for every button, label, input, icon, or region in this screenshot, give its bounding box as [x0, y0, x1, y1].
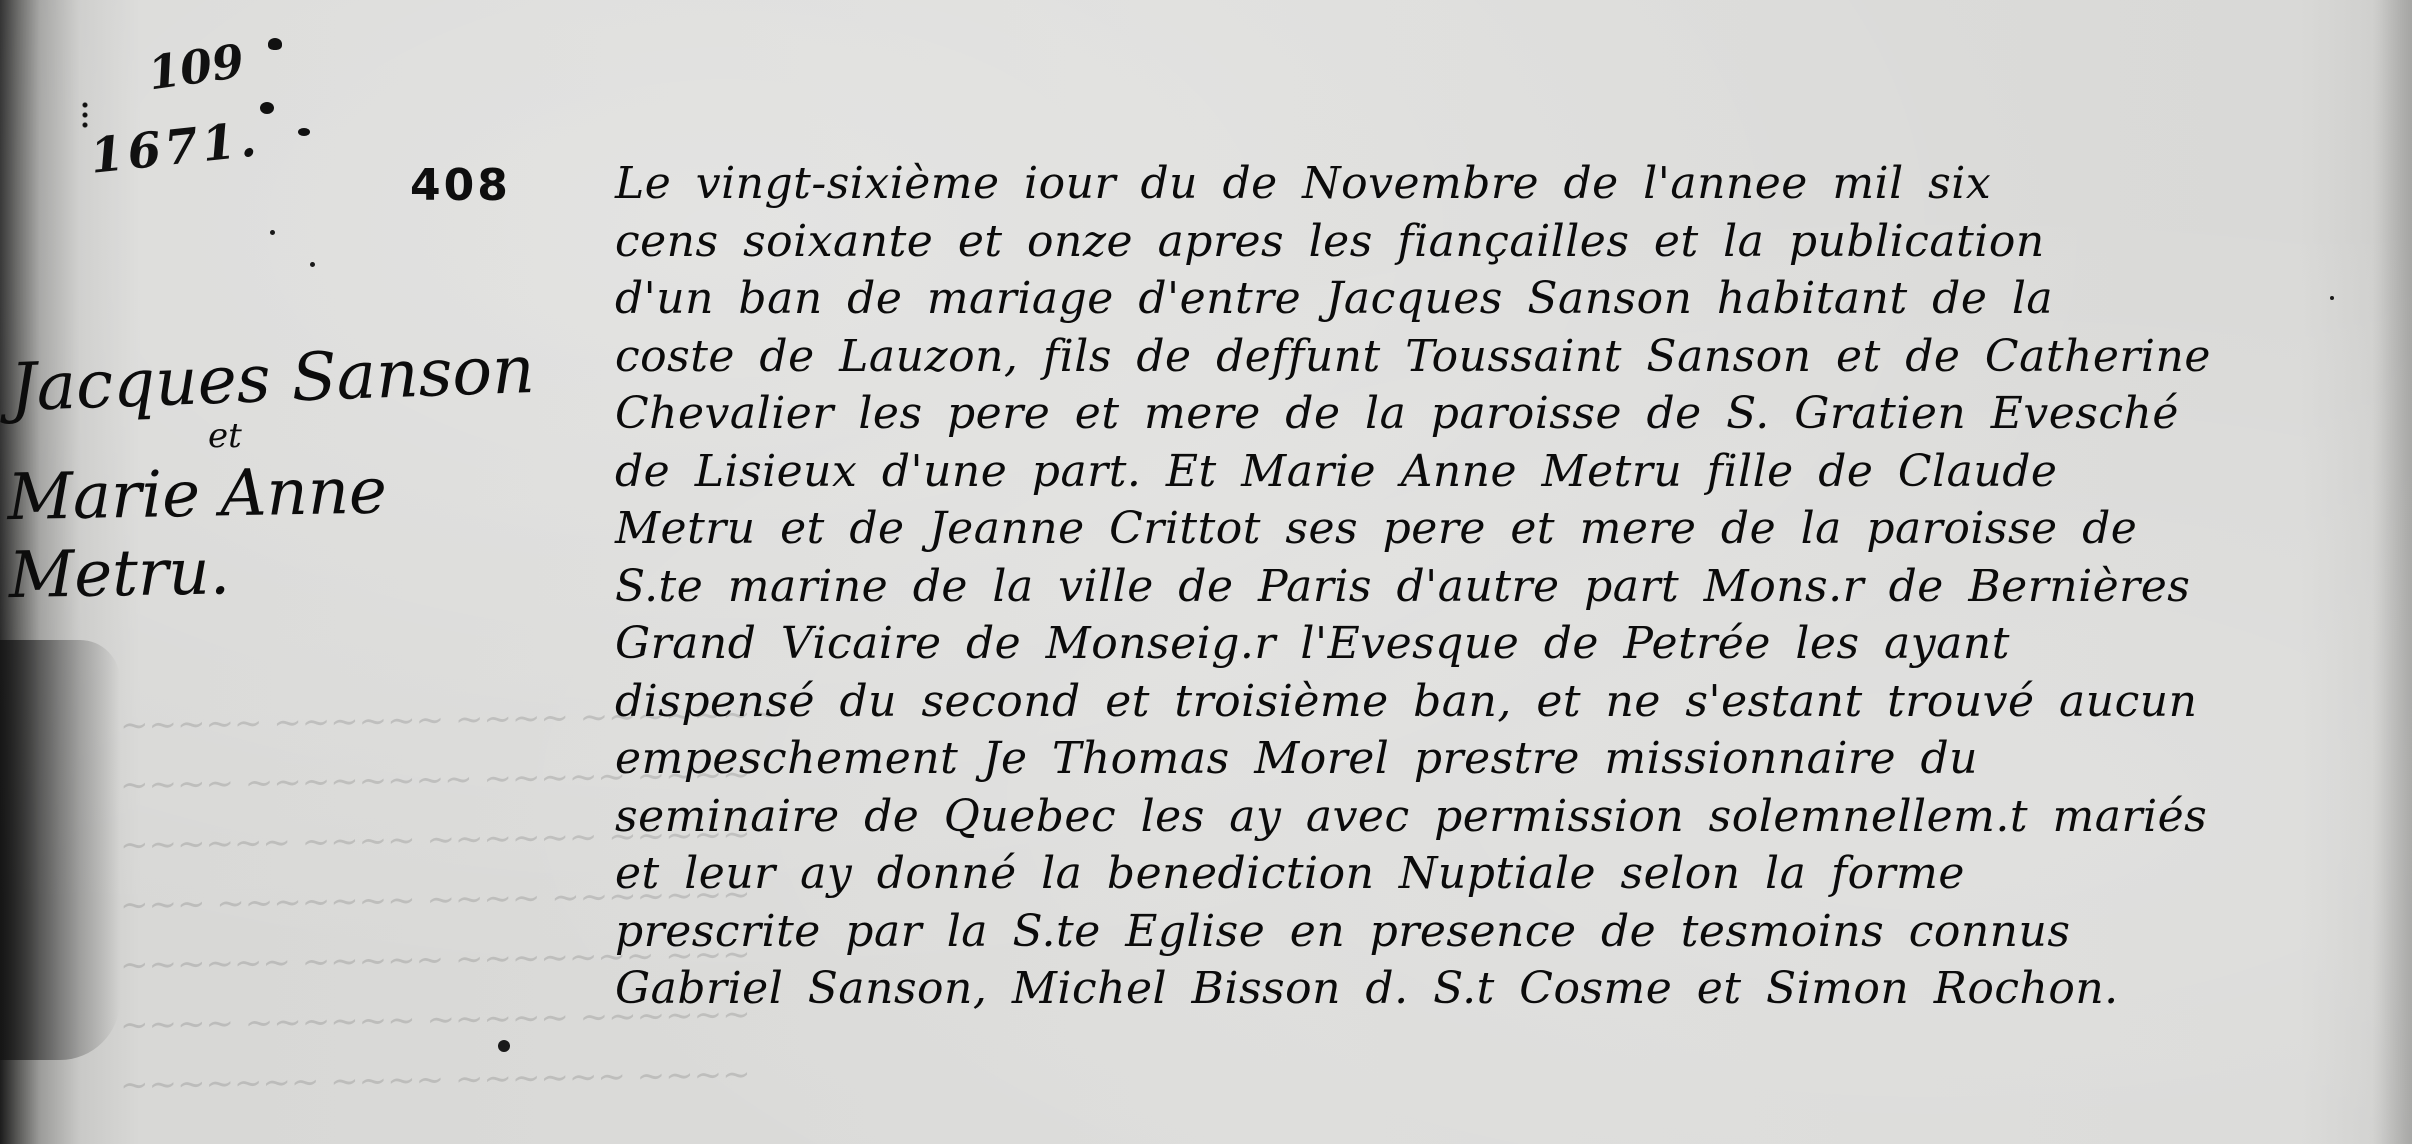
paper-speck [270, 230, 275, 235]
record-line: cens soixante et onze apres les fiançail… [615, 213, 2335, 271]
record-line: Gabriel Sanson, Michel Bisson d. S.t Cos… [615, 960, 2335, 1018]
record-line: empeschement Je Thomas Morel prestre mis… [615, 730, 2335, 788]
record-line: d'un ban de mariage d'entre Jacques Sans… [615, 270, 2335, 328]
record-line: de Lisieux d'une part. Et Marie Anne Met… [615, 443, 2335, 501]
page-edge-shadow [2372, 0, 2412, 1144]
record-line: dispensé du second et troisième ban, et … [615, 673, 2335, 731]
manuscript-page: ~~~~~ ~~~~~~ ~~~~ ~~~~~~~ ~~~~ ~~~~~~~~ … [0, 0, 2412, 1144]
record-line: prescrite par la S.te Eglise en presence… [615, 903, 2335, 961]
ink-blot [260, 102, 274, 114]
bride-name: Marie Anne Metru. [7, 449, 600, 615]
paper-speck [2330, 296, 2334, 300]
binding-shadow [0, 640, 120, 1060]
folio-number: 109 [145, 34, 248, 101]
record-line: seminaire de Quebec les ay avec permissi… [615, 788, 2335, 846]
record-line: Le vingt-sixième iour du de Novembre de … [615, 155, 2335, 213]
margin-colon-mark [82, 100, 88, 130]
marriage-record-text: Le vingt-sixième iour du de Novembre de … [615, 155, 2335, 1018]
groom-name: Jacques Sanson [7, 328, 599, 429]
paper-speck [498, 1040, 510, 1052]
record-line: S.te marine de la ville de Paris d'autre… [615, 558, 2335, 616]
entry-number: 408 [410, 160, 511, 211]
record-line: coste de Lauzon, fils de deffunt Toussai… [615, 328, 2335, 386]
ink-blot [298, 128, 310, 136]
paper-speck [310, 262, 315, 267]
bleed-through-line: ~~~~~~~ ~~~~ ~~~~~~ ~~~~ [120, 1054, 751, 1105]
record-line: Metru et de Jeanne Crittot ses pere et m… [615, 500, 2335, 558]
record-line: Grand Vicaire de Monseig.r l'Evesque de … [615, 615, 2335, 673]
margin-names: Jacques Sanson et Marie Anne Metru. [8, 338, 598, 610]
record-line: Chevalier les pere et mere de la paroiss… [615, 385, 2335, 443]
entry-year: 1671. [88, 111, 263, 184]
ink-blot [268, 38, 282, 50]
record-line: et leur ay donné la benediction Nuptiale… [615, 845, 2335, 903]
